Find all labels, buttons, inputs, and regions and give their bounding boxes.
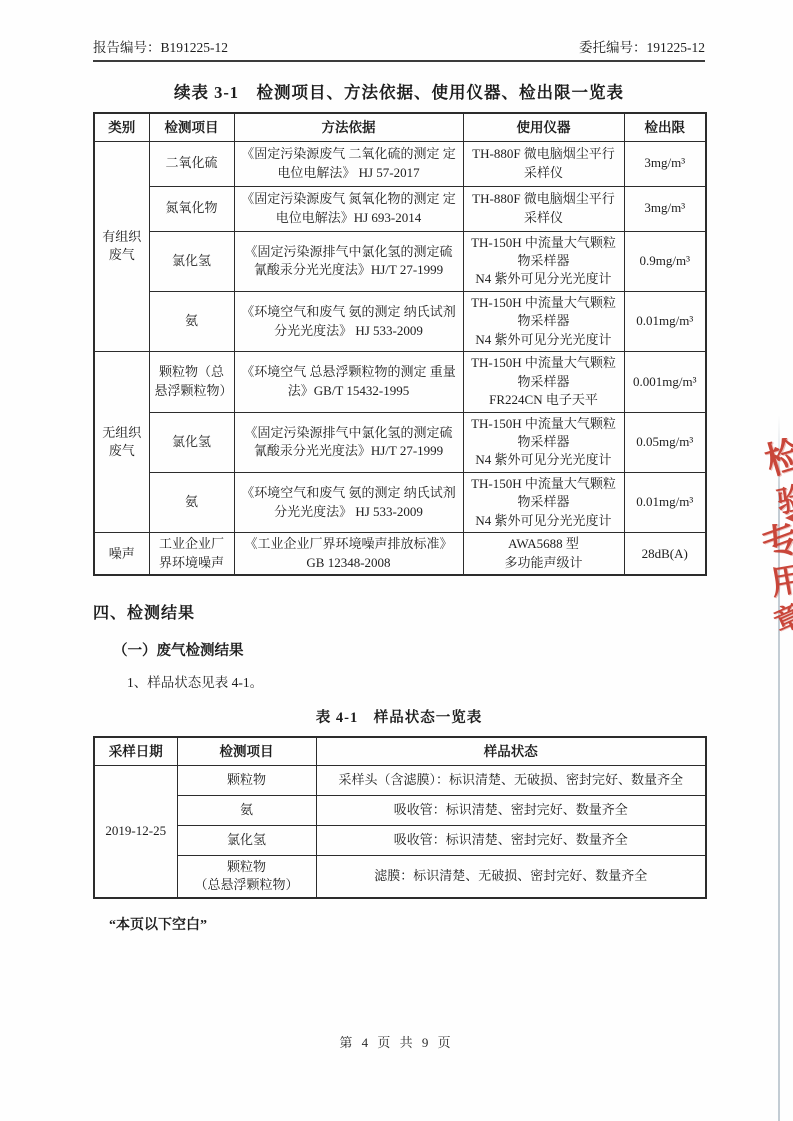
cell-item: 氮氧化物 [149, 186, 234, 231]
table-row: 有组织 废气 二氧化硫 《固定污染源废气 二氧化硫的测定 定电位电解法》 HJ … [94, 141, 706, 186]
cell-item: 氨 [177, 795, 316, 825]
cell-limit: 0.01mg/m³ [624, 472, 706, 532]
cell-item: 氯化氢 [149, 412, 234, 472]
column-header: 检测项目 [177, 737, 316, 765]
stamp-glyph: 章 [771, 602, 793, 639]
cell-category: 有组织 废气 [94, 141, 149, 352]
cell-item: 颗粒物（总悬浮颗粒物） [149, 352, 234, 412]
report-number: 报告编号：B191225-12 [93, 36, 228, 56]
cell-instrument: TH-150H 中流量大气颗粒物采样器 N4 紫外可见分光光度计 [463, 472, 624, 532]
stamp-glyph: 专 [758, 519, 793, 566]
stamp-glyph: 用 [768, 563, 793, 601]
cell-item: 氯化氢 [149, 231, 234, 291]
cell-instrument: TH-880F 微电脑烟尘平行采样仪 [463, 141, 624, 186]
document-page: 报告编号：B191225-12 委托编号：191225-12 续表 3-1 检测… [0, 0, 793, 1121]
blank-note: “本页以下空白” [109, 914, 705, 934]
cell-item: 工业企业厂界环境噪声 [149, 533, 234, 575]
table-row: 氯化氢 吸收管：标识清楚、密封完好、数量齐全 [94, 825, 706, 855]
cell-limit: 3mg/m³ [624, 141, 706, 186]
cell-item: 氨 [149, 291, 234, 351]
cell-item: 颗粒物 [177, 765, 316, 795]
cell-instrument: TH-150H 中流量大气颗粒物采样器 N4 紫外可见分光光度计 [463, 291, 624, 351]
cell-method: 《固定污染源废气 二氧化硫的测定 定电位电解法》 HJ 57-2017 [234, 141, 463, 186]
column-header: 检测项目 [149, 113, 234, 141]
cell-item: 二氧化硫 [149, 141, 234, 186]
table-header-row: 类别 检测项目 方法依据 使用仪器 检出限 [94, 113, 706, 141]
cell-item: 氨 [149, 472, 234, 532]
table-3-1-caption: 续表 3-1 检测项目、方法依据、使用仪器、检出限一览表 [93, 79, 705, 103]
cell-sampling-date: 2019-12-25 [94, 765, 177, 897]
page-footer: 第 4 页 共 9 页 [0, 1032, 793, 1051]
cell-method: 《环境空气和废气 氨的测定 纳氏试剂分光光度法》 HJ 533-2009 [234, 291, 463, 351]
body-text: 1、样品状态见表 4-1。 [127, 671, 705, 691]
cell-status: 采样头（含滤膜）：标识清楚、无破损、密封完好、数量齐全 [316, 765, 706, 795]
cell-instrument: TH-880F 微电脑烟尘平行采样仪 [463, 186, 624, 231]
table-row: 氨 吸收管：标识清楚、密封完好、数量齐全 [94, 795, 706, 825]
table-row: 无组织 废气 颗粒物（总悬浮颗粒物） 《环境空气 总悬浮颗粒物的测定 重量法》G… [94, 352, 706, 412]
subsection-heading: （一）废气检测结果 [113, 639, 705, 660]
table-row: 颗粒物 （总悬浮颗粒物） 滤膜：标识清楚、无破损、密封完好、数量齐全 [94, 855, 706, 897]
column-header: 使用仪器 [463, 113, 624, 141]
section-heading: 四、检测结果 [93, 600, 705, 623]
table-row: 2019-12-25 颗粒物 采样头（含滤膜）：标识清楚、无破损、密封完好、数量… [94, 765, 706, 795]
table-row: 氯化氢 《固定污染源排气中氯化氢的测定硫氰酸汞分光光度法》HJ/T 27-199… [94, 412, 706, 472]
table-row: 氯化氢 《固定污染源排气中氯化氢的测定硫氰酸汞分光光度法》HJ/T 27-199… [94, 231, 706, 291]
table-row: 噪声 工业企业厂界环境噪声 《工业企业厂界环境噪声排放标准》GB 12348-2… [94, 533, 706, 575]
cell-method: 《环境空气和废气 氨的测定 纳氏试剂分光光度法》 HJ 533-2009 [234, 472, 463, 532]
stamp-fragment [785, 510, 793, 525]
table-header-row: 采样日期 检测项目 样品状态 [94, 737, 706, 765]
column-header: 检出限 [624, 113, 706, 141]
commission-number: 委托编号：191225-12 [579, 36, 705, 56]
column-header: 采样日期 [94, 737, 177, 765]
cell-category: 噪声 [94, 533, 149, 575]
cell-limit: 28dB(A) [624, 533, 706, 575]
cell-category: 无组织 废气 [94, 352, 149, 533]
table-4-1-caption: 表 4-1 样品状态一览表 [93, 706, 705, 727]
table-row: 氮氧化物 《固定污染源废气 氮氧化物的测定 定电位电解法》HJ 693-2014… [94, 186, 706, 231]
page-content: 报告编号：B191225-12 委托编号：191225-12 续表 3-1 检测… [93, 0, 705, 934]
cell-method: 《环境空气 总悬浮颗粒物的测定 重量法》GB/T 15432-1995 [234, 352, 463, 412]
cell-item: 颗粒物 （总悬浮颗粒物） [177, 855, 316, 897]
seal-stamp: 检 验 专 用 章 [751, 438, 793, 643]
cell-limit: 0.01mg/m³ [624, 291, 706, 351]
cell-method: 《工业企业厂界环境噪声排放标准》GB 12348-2008 [234, 533, 463, 575]
cell-item: 氯化氢 [177, 825, 316, 855]
cell-instrument: TH-150H 中流量大气颗粒物采样器 N4 紫外可见分光光度计 [463, 412, 624, 472]
cell-status: 吸收管：标识清楚、密封完好、数量齐全 [316, 825, 706, 855]
column-header: 样品状态 [316, 737, 706, 765]
cell-limit: 3mg/m³ [624, 186, 706, 231]
cell-method: 《固定污染源废气 氮氧化物的测定 定电位电解法》HJ 693-2014 [234, 186, 463, 231]
document-header: 报告编号：B191225-12 委托编号：191225-12 [93, 36, 705, 62]
column-header: 方法依据 [234, 113, 463, 141]
cell-limit: 0.05mg/m³ [624, 412, 706, 472]
cell-method: 《固定污染源排气中氯化氢的测定硫氰酸汞分光光度法》HJ/T 27-1999 [234, 231, 463, 291]
table-3-1: 类别 检测项目 方法依据 使用仪器 检出限 有组织 废气 二氧化硫 《固定污染源… [93, 112, 707, 576]
cell-instrument: TH-150H 中流量大气颗粒物采样器 N4 紫外可见分光光度计 [463, 231, 624, 291]
cell-instrument: AWA5688 型 多功能声级计 [463, 533, 624, 575]
table-row: 氨 《环境空气和废气 氨的测定 纳氏试剂分光光度法》 HJ 533-2009 T… [94, 291, 706, 351]
cell-status: 吸收管：标识清楚、密封完好、数量齐全 [316, 795, 706, 825]
cell-instrument: TH-150H 中流量大气颗粒物采样器 FR224CN 电子天平 [463, 352, 624, 412]
cell-status: 滤膜：标识清楚、无破损、密封完好、数量齐全 [316, 855, 706, 897]
table-4-1: 采样日期 检测项目 样品状态 2019-12-25 颗粒物 采样头（含滤膜）：标… [93, 736, 707, 898]
cell-limit: 0.9mg/m³ [624, 231, 706, 291]
column-header: 类别 [94, 113, 149, 141]
table-row: 氨 《环境空气和废气 氨的测定 纳氏试剂分光光度法》 HJ 533-2009 T… [94, 472, 706, 532]
scan-edge-line [778, 415, 780, 1121]
cell-limit: 0.001mg/m³ [624, 352, 706, 412]
cell-method: 《固定污染源排气中氯化氢的测定硫氰酸汞分光光度法》HJ/T 27-1999 [234, 412, 463, 472]
